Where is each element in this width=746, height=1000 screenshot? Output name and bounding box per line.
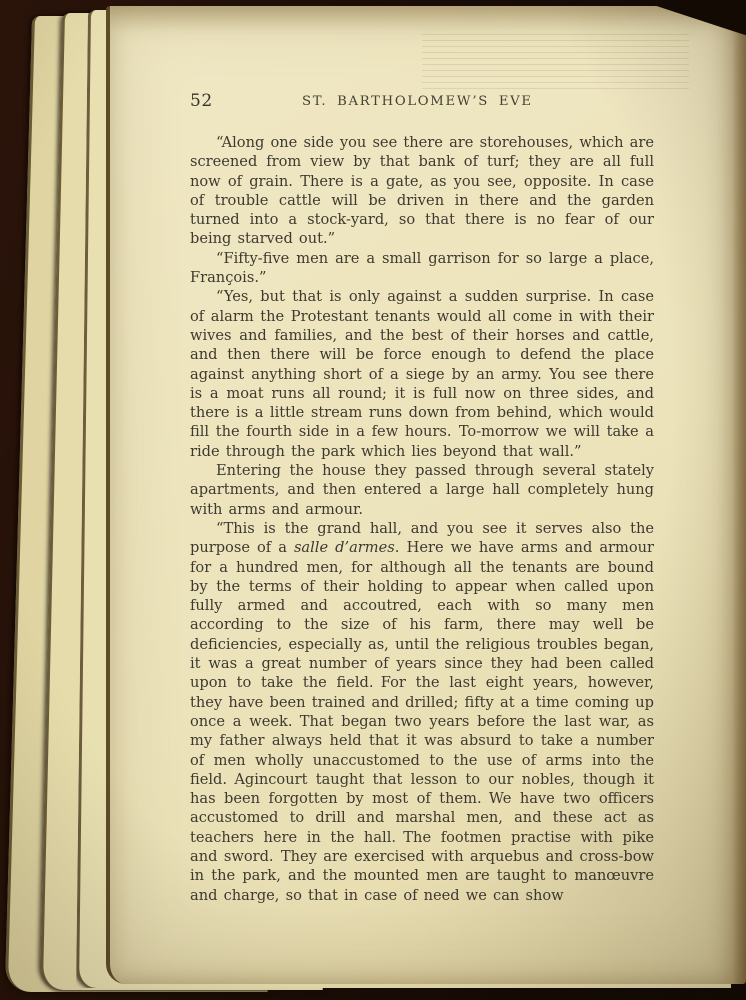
book-page: 52 ST. BARTHOLOMEW’S EVE “Along one side… — [106, 6, 746, 984]
text-segment: “Fifty-five men are a small garrison for… — [190, 250, 654, 286]
page-ridges — [422, 34, 689, 92]
text-segment: “Yes, but that is only against a sudden … — [190, 288, 654, 459]
page-number: 52 — [190, 92, 213, 110]
paragraph: Entering the house they passed through s… — [190, 461, 654, 519]
italic-phrase: salle d’armes — [294, 539, 395, 556]
paragraph: “Fifty-five men are a small garrison for… — [190, 249, 654, 288]
page-gutter-shade — [732, 6, 746, 984]
text-segment: . Here we have arms and armour for a hun… — [190, 539, 654, 903]
page-content: 52 ST. BARTHOLOMEW’S EVE “Along one side… — [190, 92, 654, 905]
paragraph: “This is the grand hall, and you see it … — [190, 519, 654, 905]
text-segment: Entering the house they passed through s… — [190, 462, 654, 518]
paragraph: “Yes, but that is only against a sudden … — [190, 287, 654, 461]
text-segment: “Along one side you see there are storeh… — [190, 134, 654, 247]
running-title: ST. BARTHOLOMEW’S EVE — [302, 94, 533, 110]
paragraph: “Along one side you see there are storeh… — [190, 133, 654, 249]
book-photo: 52 ST. BARTHOLOMEW’S EVE “Along one side… — [0, 0, 746, 1000]
page-text: “Along one side you see there are storeh… — [190, 133, 654, 905]
page-header: 52 ST. BARTHOLOMEW’S EVE — [190, 92, 654, 110]
